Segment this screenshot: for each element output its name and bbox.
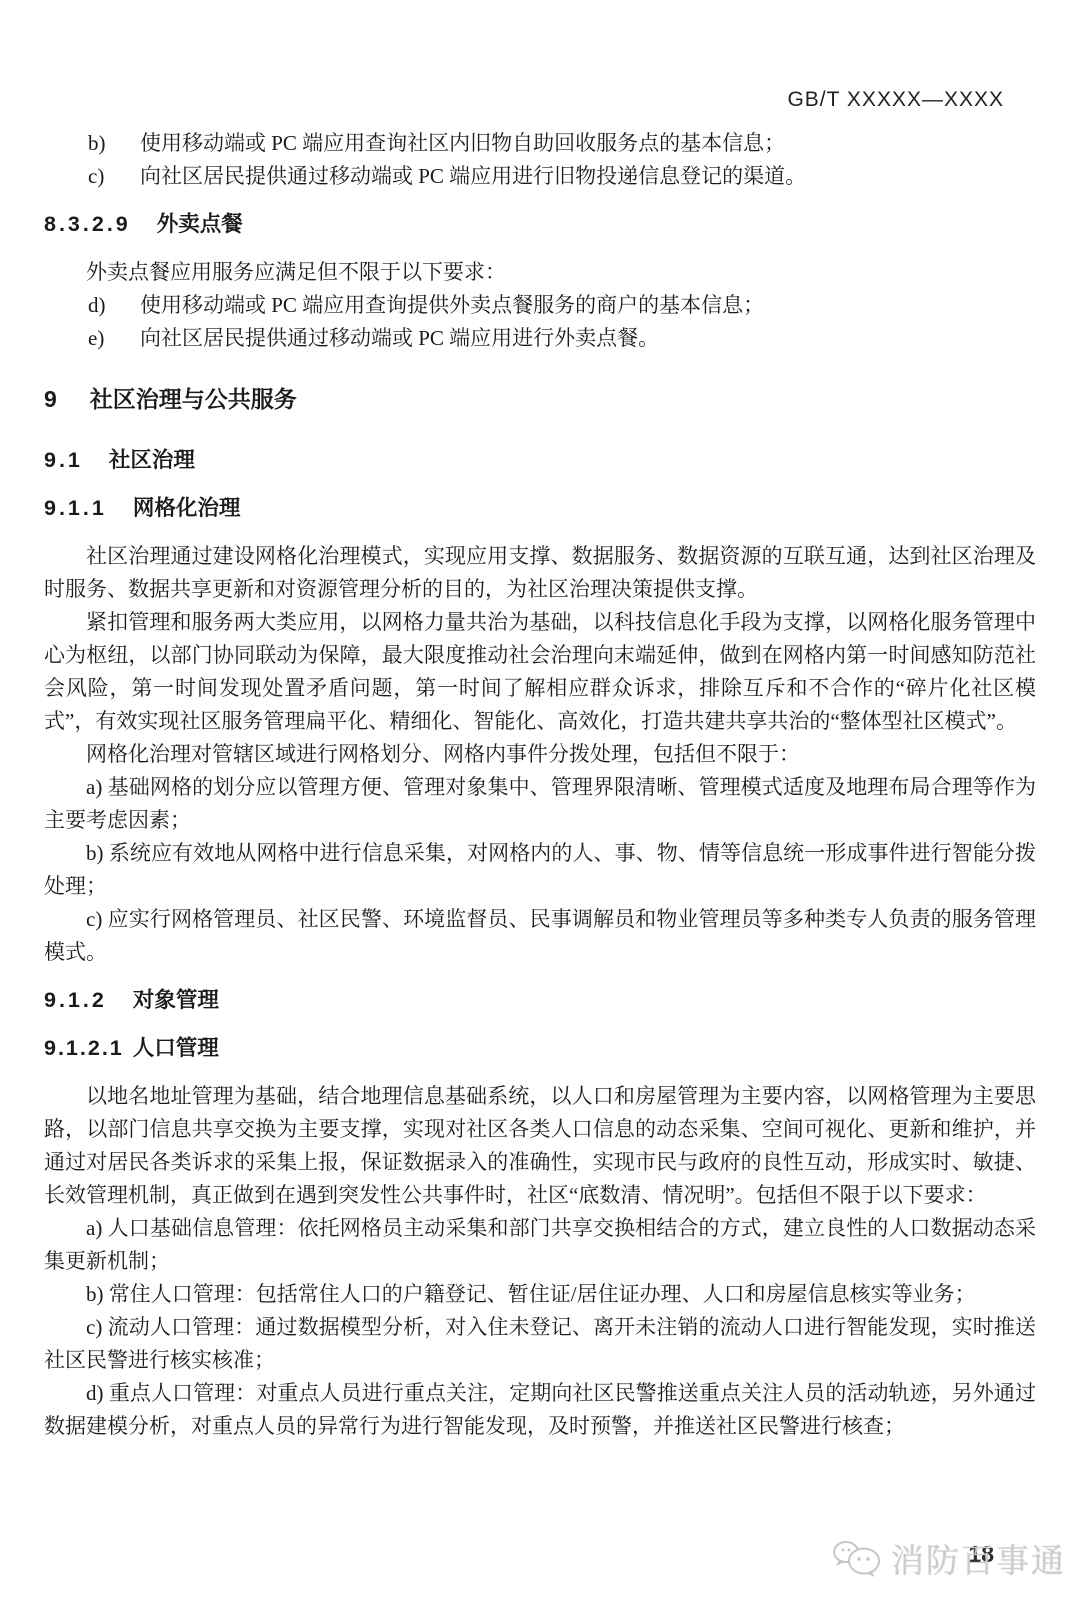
- paragraph: 以地名地址管理为基础，结合地理信息基础系统，以人口和房屋管理为主要内容，以网格管…: [44, 1080, 1036, 1212]
- paragraph: a) 基础网格的划分应以管理方便、管理对象集中、管理界限清晰、管理模式适度及地理…: [44, 771, 1036, 837]
- heading-number: 9.1.2.1: [44, 1036, 124, 1060]
- document-page: GB/T XXXXX—XXXX b)使用移动端或 PC 端应用查询社区内旧物自助…: [0, 0, 1080, 1598]
- section-heading: 9.1.2.1人口管理: [44, 1032, 1036, 1065]
- paragraph: 社区治理通过建设网格化治理模式，实现应用支撑、数据服务、数据资源的互联互通，达到…: [44, 540, 1036, 606]
- heading-title: 外卖点餐: [157, 212, 243, 236]
- chat-bubbles-icon: [831, 1537, 883, 1581]
- document-body: b)使用移动端或 PC 端应用查询社区内旧物自助回收服务点的基本信息；c)向社区…: [44, 127, 1036, 1443]
- section-heading: 9.1.1网格化治理: [44, 492, 1036, 525]
- list-item: c)向社区居民提供通过移动端或 PC 端应用进行旧物投递信息登记的渠道。: [44, 160, 1036, 193]
- heading-title: 社区治理: [109, 448, 195, 472]
- section-heading: 8.3.2.9外卖点餐: [44, 208, 1036, 241]
- standard-code-header: GB/T XXXXX—XXXX: [787, 88, 1004, 112]
- watermark-text: 消防百事通: [891, 1535, 1066, 1582]
- heading-number: 9.1.1: [44, 496, 107, 520]
- heading-title: 对象管理: [133, 988, 219, 1012]
- paragraph: c) 应实行网格管理员、社区民警、环境监督员、民事调解员和物业管理员等多种类专人…: [44, 903, 1036, 969]
- list-item-text: 使用移动端或 PC 端应用查询提供外卖点餐服务的商户的基本信息；: [140, 293, 764, 317]
- paragraph: 紧扣管理和服务两大类应用，以网格力量共治为基础，以科技信息化手段为支撑，以网格化…: [44, 606, 1036, 738]
- heading-number: 9.1: [44, 448, 83, 472]
- heading-title: 人口管理: [133, 1036, 219, 1060]
- section-heading: 9社区治理与公共服务: [44, 383, 1036, 416]
- paragraph: 网格化治理对管辖区域进行网格划分、网格内事件分拨处理，包括但不限于：: [44, 738, 1036, 771]
- paragraph: c) 流动人口管理：通过数据模型分析，对入住未登记、离开未注销的流动人口进行智能…: [44, 1311, 1036, 1377]
- list-item-text: 使用移动端或 PC 端应用查询社区内旧物自助回收服务点的基本信息；: [140, 131, 785, 155]
- watermark: 消防百事通: [831, 1535, 1066, 1582]
- list-item: e)向社区居民提供通过移动端或 PC 端应用进行外卖点餐。: [44, 322, 1036, 355]
- list-item-label: b): [88, 127, 140, 160]
- paragraph: d) 重点人口管理：对重点人员进行重点关注，定期向社区民警推送重点关注人员的活动…: [44, 1377, 1036, 1443]
- paragraph: b) 常住人口管理：包括常住人口的户籍登记、暂住证/居住证办理、人口和房屋信息核…: [44, 1278, 1036, 1311]
- section-heading: 9.1.2对象管理: [44, 984, 1036, 1017]
- heading-number: 9: [44, 386, 60, 412]
- section-heading: 9.1社区治理: [44, 444, 1036, 477]
- heading-title: 社区治理与公共服务: [90, 386, 297, 412]
- list-item-label: c): [88, 160, 140, 193]
- list-item: b)使用移动端或 PC 端应用查询社区内旧物自助回收服务点的基本信息；: [44, 127, 1036, 160]
- heading-title: 网格化治理: [133, 496, 241, 520]
- paragraph: a) 人口基础信息管理：依托网格员主动采集和部门共享交换相结合的方式，建立良性的…: [44, 1212, 1036, 1278]
- list-item-label: e): [88, 322, 140, 355]
- paragraph: b) 系统应有效地从网格中进行信息采集，对网格内的人、事、物、情等信息统一形成事…: [44, 837, 1036, 903]
- list-item-label: d): [88, 289, 140, 322]
- heading-number: 8.3.2.9: [44, 212, 131, 236]
- list-item-text: 向社区居民提供通过移动端或 PC 端应用进行旧物投递信息登记的渠道。: [140, 164, 806, 188]
- list-item: d)使用移动端或 PC 端应用查询提供外卖点餐服务的商户的基本信息；: [44, 289, 1036, 322]
- paragraph: 外卖点餐应用服务应满足但不限于以下要求：: [44, 256, 1036, 289]
- heading-number: 9.1.2: [44, 988, 107, 1012]
- list-item-text: 向社区居民提供通过移动端或 PC 端应用进行外卖点餐。: [140, 326, 659, 350]
